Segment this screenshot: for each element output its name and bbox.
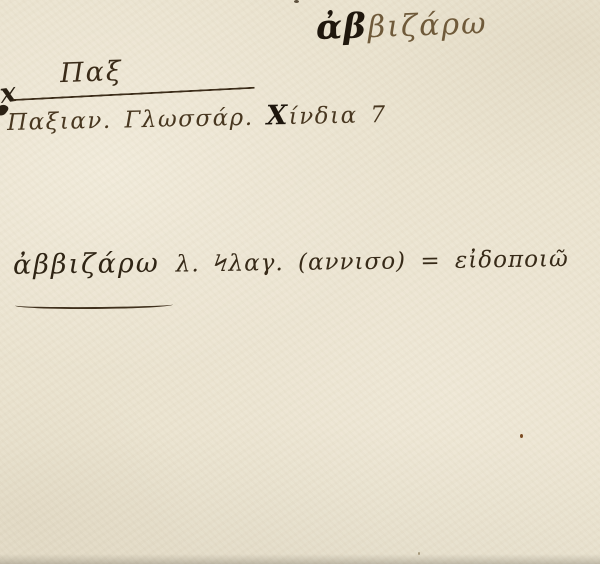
top-right-annotation: ἀββιζάρω	[315, 5, 488, 45]
entry-line: ἀββιζάρωλ. Ϟλαγ. (αννισο) = εἰδοποιῶ	[13, 244, 569, 279]
paper-speck	[520, 434, 523, 438]
header-word: Παξ	[60, 58, 124, 87]
paper-speck	[294, 0, 299, 3]
header-rule-line	[13, 87, 255, 101]
entry-headword-underline	[15, 302, 173, 309]
source-line-dark-overwrite: Χ	[266, 100, 289, 131]
source-line-right: ίνδια 7	[288, 102, 386, 130]
page-bottom-edge-shadow	[0, 554, 600, 564]
source-line-left: Παξιαν. Γλωσσάρ.	[7, 105, 254, 136]
top-annotation-rest: βιζάρω	[367, 6, 488, 45]
top-annotation-dark-overwrite: ἀβ	[315, 6, 367, 48]
source-line: Παξιαν. Γλωσσάρ. Χίνδια 7	[7, 100, 387, 135]
entry-headword: ἀββιζάρω	[13, 248, 160, 281]
entry-definition: λ. Ϟλαγ. (αννισο) = εἰδοποιῶ	[176, 246, 569, 277]
manuscript-page: ἀββιζάρω x Παξ Παξιαν. Γλωσσάρ. Χίνδια 7…	[0, 0, 600, 564]
